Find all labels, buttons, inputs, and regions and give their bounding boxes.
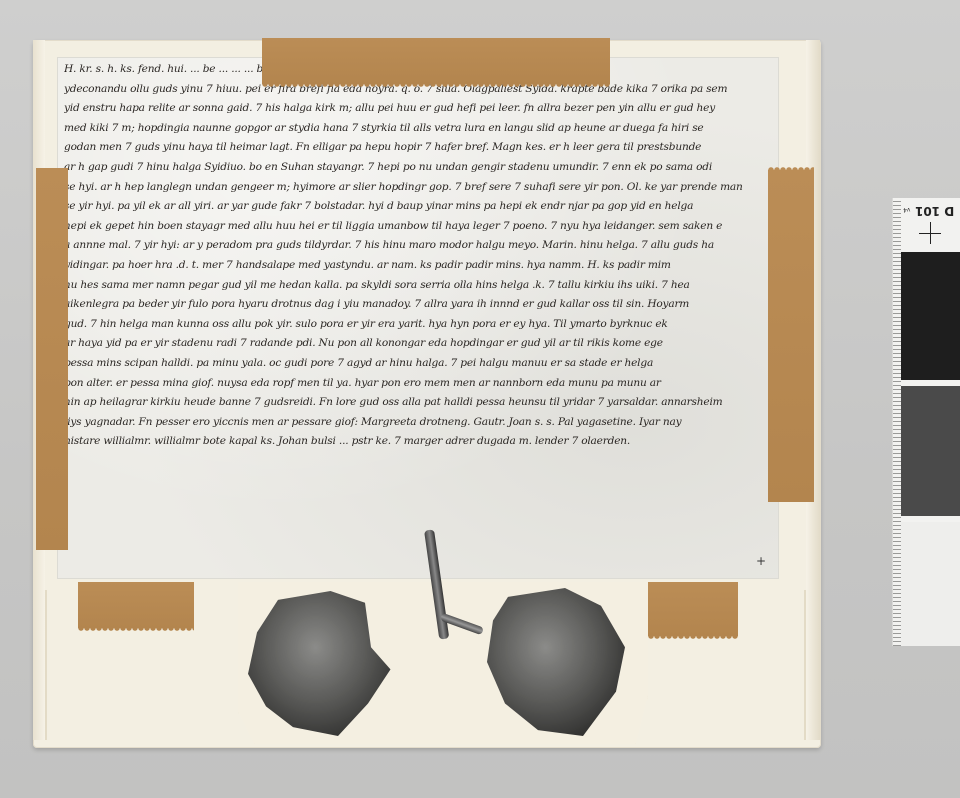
- charter-line: pessa mins scipan halldi. pa minu yala. …: [64, 354, 774, 374]
- charter-line: yidingar. pa hoer hra .d. t. mer 7 hands…: [64, 256, 774, 276]
- charter-text: H. kr. s. h. ks. fend. hui. ... be ... .…: [64, 60, 774, 452]
- charter-line: ar haya yid pa er yir stadenu radi 7 rad…: [64, 334, 774, 354]
- charter-line: med kiki 7 m; hopdingia naunne gopgor ar…: [64, 119, 774, 139]
- ruler-scale: [893, 198, 901, 646]
- charter-line: a annne mal. 7 yir hyi: ar y peradom pra…: [64, 236, 774, 256]
- crosshair-icon: [930, 222, 931, 244]
- charter-line: se hyi. ar h hep langlegn undan gengeer …: [64, 178, 774, 198]
- tape-right: [768, 170, 814, 502]
- target-version-label: v4: [903, 206, 910, 213]
- corner-cross-mark: +: [756, 554, 766, 568]
- charter-line: se yir hyi. pa yil ek ar all yiri. ar ya…: [64, 197, 774, 217]
- target-id-label: D 101: [915, 204, 954, 218]
- tape-left: [36, 168, 68, 550]
- charter-line: ar h gap gudi 7 hinu halga Syidiuo. bo e…: [64, 158, 774, 178]
- swatch-black: [901, 252, 960, 380]
- tape-top: [262, 38, 610, 84]
- charter-line: hin ap heilagrar kirkiu heude banne 7 gu…: [64, 393, 774, 413]
- charter-line: hepi ek gepet hin boen stayagr med allu …: [64, 217, 774, 237]
- swatch-gray: [901, 386, 960, 516]
- charter-line: yid enstru hapa relite ar sonna gaid. 7 …: [64, 99, 774, 119]
- charter-line: gud. 7 hin helga man kunna oss allu pok …: [64, 315, 774, 335]
- color-calibration-target: v4 D 101: [893, 198, 960, 646]
- swatch-white: [901, 522, 960, 646]
- tape-bottom-left: [78, 582, 194, 628]
- wrapper-fold-line: [45, 590, 47, 740]
- charter-line: nistare willialmr. willialmr bote kapal …: [64, 432, 774, 452]
- charter-line: aikenlegra pa beder yir fulo pora hyaru …: [64, 295, 774, 315]
- charter-line: hu hes sama mer namn pegar gud yil me he…: [64, 276, 774, 296]
- tape-bottom-right: [648, 582, 738, 636]
- charter-line: pon alter. er pessa mina giof. nuysa eda…: [64, 374, 774, 394]
- charter-line: liys yagnadar. Fn pesser ero yiccnis men…: [64, 413, 774, 433]
- wrapper-fold-line: [804, 590, 806, 740]
- charter-facsimile: H. kr. s. h. ks. fend. hui. ... be ... .…: [58, 58, 778, 578]
- charter-line: godan men 7 guds yinu haya til heimar la…: [64, 138, 774, 158]
